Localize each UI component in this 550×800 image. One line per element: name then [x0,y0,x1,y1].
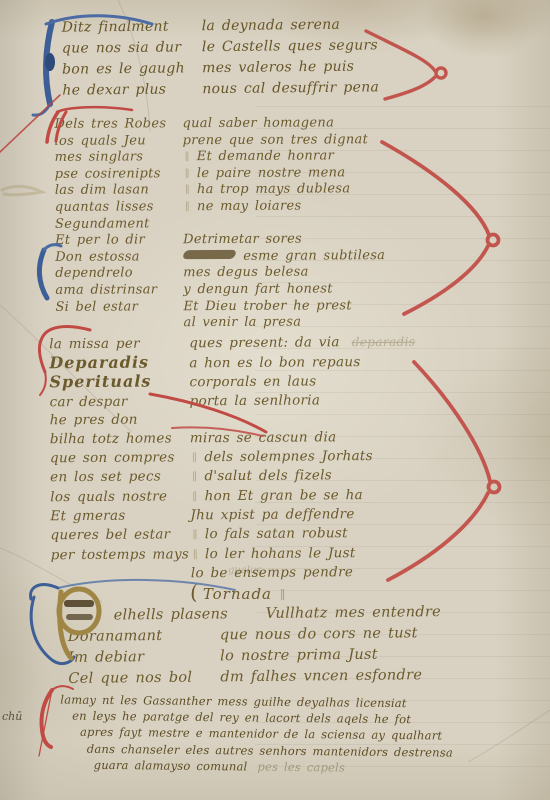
marginal-smudge [2,186,42,194]
tornada-slash-marks: ∥ [280,588,287,602]
tornada-title: Tornada [203,585,272,603]
stanza-3-row: per tostemps mays∥lo ler hohans le Just [51,543,417,565]
verse-left: Im debiar [68,646,220,669]
stanza-3-row: en los set pecs∥d'salut dels fizels [50,466,416,488]
stanza-2-row: Et per lo dirDetrimetar sores [55,231,385,249]
colophon-line: apres fayt mestre e mantenidor de la sci… [80,725,442,743]
verse-left: quantas lisses [55,199,183,216]
verse-left: que nos sia dur [62,37,202,59]
stanza-2-row: quantas lisses∥ne may loiares [55,198,385,216]
stanza-3-row: he pres don [50,409,416,430]
stanza-3-row: Speritualscorporals en laus [49,371,415,393]
verse-right: esme gran subtilesa [183,248,385,266]
verse-right: d'salut dels fizels [204,466,332,485]
verse-right: miras se cascun dia [190,428,337,448]
verse-left: Don estossa [55,249,183,266]
tornada-heading: (Tornada∥ [190,580,287,604]
verse-left: mes singlars [55,149,183,166]
stanza-2-row: Dels tres Robesqual saber homagena [54,115,384,133]
stanza-3-row: Et gmerasJhu xpist pa deffendre [50,505,416,526]
column-separator-mark: ∥ [185,149,190,166]
colophon: lamay nt les Gassanther mess guilhe deya… [60,692,536,778]
stanza-3-row: la missa perques present: da viadeparadi… [49,333,415,354]
tornada-stanza: elhells plasensVullhatz mes entendreDora… [68,602,442,690]
stanza-3-row: car desparporta la senlhoria [50,391,416,412]
verse-left: bon es le gaugh [62,58,202,80]
struck-faint-word: deparadis [352,335,416,349]
verse-left: bilha totz homes [50,429,190,449]
stanza-2-row: dependrelomes degus belesa [55,264,385,282]
verse-right: Detrimetar sores [183,232,302,249]
stanza-3-row: bilha totz homesmiras se cascun dia [50,428,416,449]
stanza-3-row: queres bel estar∥lo fals satan robust [50,524,416,546]
stanza-2-row: pse cosirenipts∥le paire nostre mena [55,165,385,183]
stanza-1-row: he dexar plusnous cal desuffrir pena [62,77,379,101]
verse-right: mes degus belesa [183,265,309,282]
verse-left: Deparadis [49,353,189,373]
ink-blot [182,250,237,259]
stanza-3: la missa perques present: da viadeparadi… [49,333,417,584]
colophon-line: guara alamayso comunal [94,758,248,774]
verse-right: hon Et gran be se ha [204,486,363,506]
stanza-1: Ditz finalmentla deynada serenaque nos s… [62,14,380,101]
verse-left [51,577,191,578]
verse-left: Segundament [55,216,183,233]
stanza-2: Dels tres Robesqual saber homagenalos qu… [54,115,385,332]
verse-left: Sperituals [49,372,189,392]
verse-right: nous cal desuffrir pena [202,77,379,100]
stanza-3-row: que son compres∥dels solempnes Jorhats [50,446,416,468]
verse-left: pse cosirenipts [55,166,183,183]
verse-left: he pres don [50,411,190,431]
verse-right: mes valeros he puis [202,57,354,80]
verse-right: al venir la presa [183,315,301,332]
verse-right: Vullhatz mes entendre [266,602,442,625]
stanza-2-row: los quals Jeuprene que son tres dignat [55,132,385,150]
verse-right: y dengun fart honest [183,281,332,298]
faint-interlinear-note: gualus [228,565,262,576]
verse-right: qual saber homagena [182,115,334,132]
column-separator-mark: ∥ [185,166,190,183]
stanza-2-row: mes singlars∥Et demande honrar [55,148,385,166]
verse-right: ques present: da viadeparadis [189,333,415,353]
tornada-paraph-icon: ( [188,580,200,605]
stanza-3-row: Deparadisa hon es lo bon repaus [49,351,415,373]
stanza-2-row: Si bel estarEt Dieu trober he prest [55,298,385,316]
column-separator-mark: ∥ [192,526,197,545]
left-margin-note: chū [2,710,22,723]
verse-right: que nous do cors ne tust [220,623,418,646]
column-separator-mark: ∥ [185,183,190,200]
verse-left: Et per lo dir [55,232,183,249]
verse-left: elhells plasens [68,604,266,627]
manuscript-page: Ditz finalmentla deynada serenaque nos s… [0,0,550,800]
stanza-3-row: los quals nostre∥hon Et gran be se ha [50,485,416,507]
verse-left: he dexar plus [62,79,202,101]
verse-right: Jhu xpist pa deffendre [190,505,354,525]
verse-right: dels solempnes Jorhats [204,447,373,467]
verse-left: Dels tres Robes [54,116,182,133]
verse-right: a hon es lo bon repaus [189,353,360,373]
verse-left: queres bel estar [50,525,190,545]
colophon-faint-tail: pes les capels [257,759,345,774]
verse-right: le paire nostre mena [197,165,346,182]
verse-left: la missa per [49,334,189,354]
stanza-2-row: Segundament [55,215,385,233]
stanza-2-row: ama distrinsary dengun fart honest [55,281,385,299]
verse-left: los quals nostre [50,487,190,507]
verse-right: Et Dieu trober he prest [183,298,352,315]
column-separator-mark: ∥ [192,488,197,507]
verse-left: Et gmeras [50,507,190,527]
verse-right: ha trop mays dublesa [197,182,351,199]
tornada-stanza-row: Cel que nos boldm falhes vncen esfondre [68,665,442,690]
column-separator-mark: ∥ [192,449,197,468]
verse-left: ama distrinsar [55,282,183,299]
verse-left [56,326,184,327]
stanza-2-row: Don estossaesme gran subtilesa [55,248,385,266]
tornada-stanza-row: Doranamantque nous do cors ne tust [68,623,442,648]
verse-right: ne may loiares [197,199,302,216]
verse-left: que son compres [50,448,190,468]
verse-left: car despar [50,392,190,412]
verse-left: los quals Jeu [55,133,183,150]
verse-left: las dim lasan [55,183,183,200]
stanza-2-row: al venir la presa [55,314,385,332]
verse-right: la deynada serena [202,15,341,37]
verse-left: per tostemps mays [51,545,191,565]
verse-left: Ditz finalment [62,16,202,38]
verse-right: le Castells ques segurs [202,35,378,58]
verse-right: lo ler hohans le Just [205,544,356,564]
column-separator-mark: ∥ [193,546,198,565]
verse-right: lo fals satan robust [205,524,348,544]
verse-left: Doranamant [68,625,220,648]
stanza-2-row: las dim lasan∥ha trop mays dublesa [55,182,385,200]
column-separator-mark: ∥ [192,468,197,487]
verse-right: porta la senlhoria [190,391,321,411]
verse-left: en los set pecs [50,467,190,487]
verse-left: Cel que nos bol [68,667,220,690]
verse-right: prene que son tres dignat [183,132,369,150]
verse-left: dependrelo [55,266,183,283]
verse-right: Et demande honrar [197,149,334,166]
red-bracket-2 [382,142,499,314]
verse-left: Si bel estar [55,299,183,316]
verse-right: corporals en laus [189,373,316,392]
verse-right: dm falhes vncen esfondre [220,665,422,688]
verse-right: lo nostre prima Just [220,645,378,668]
column-separator-mark: ∥ [185,199,190,216]
